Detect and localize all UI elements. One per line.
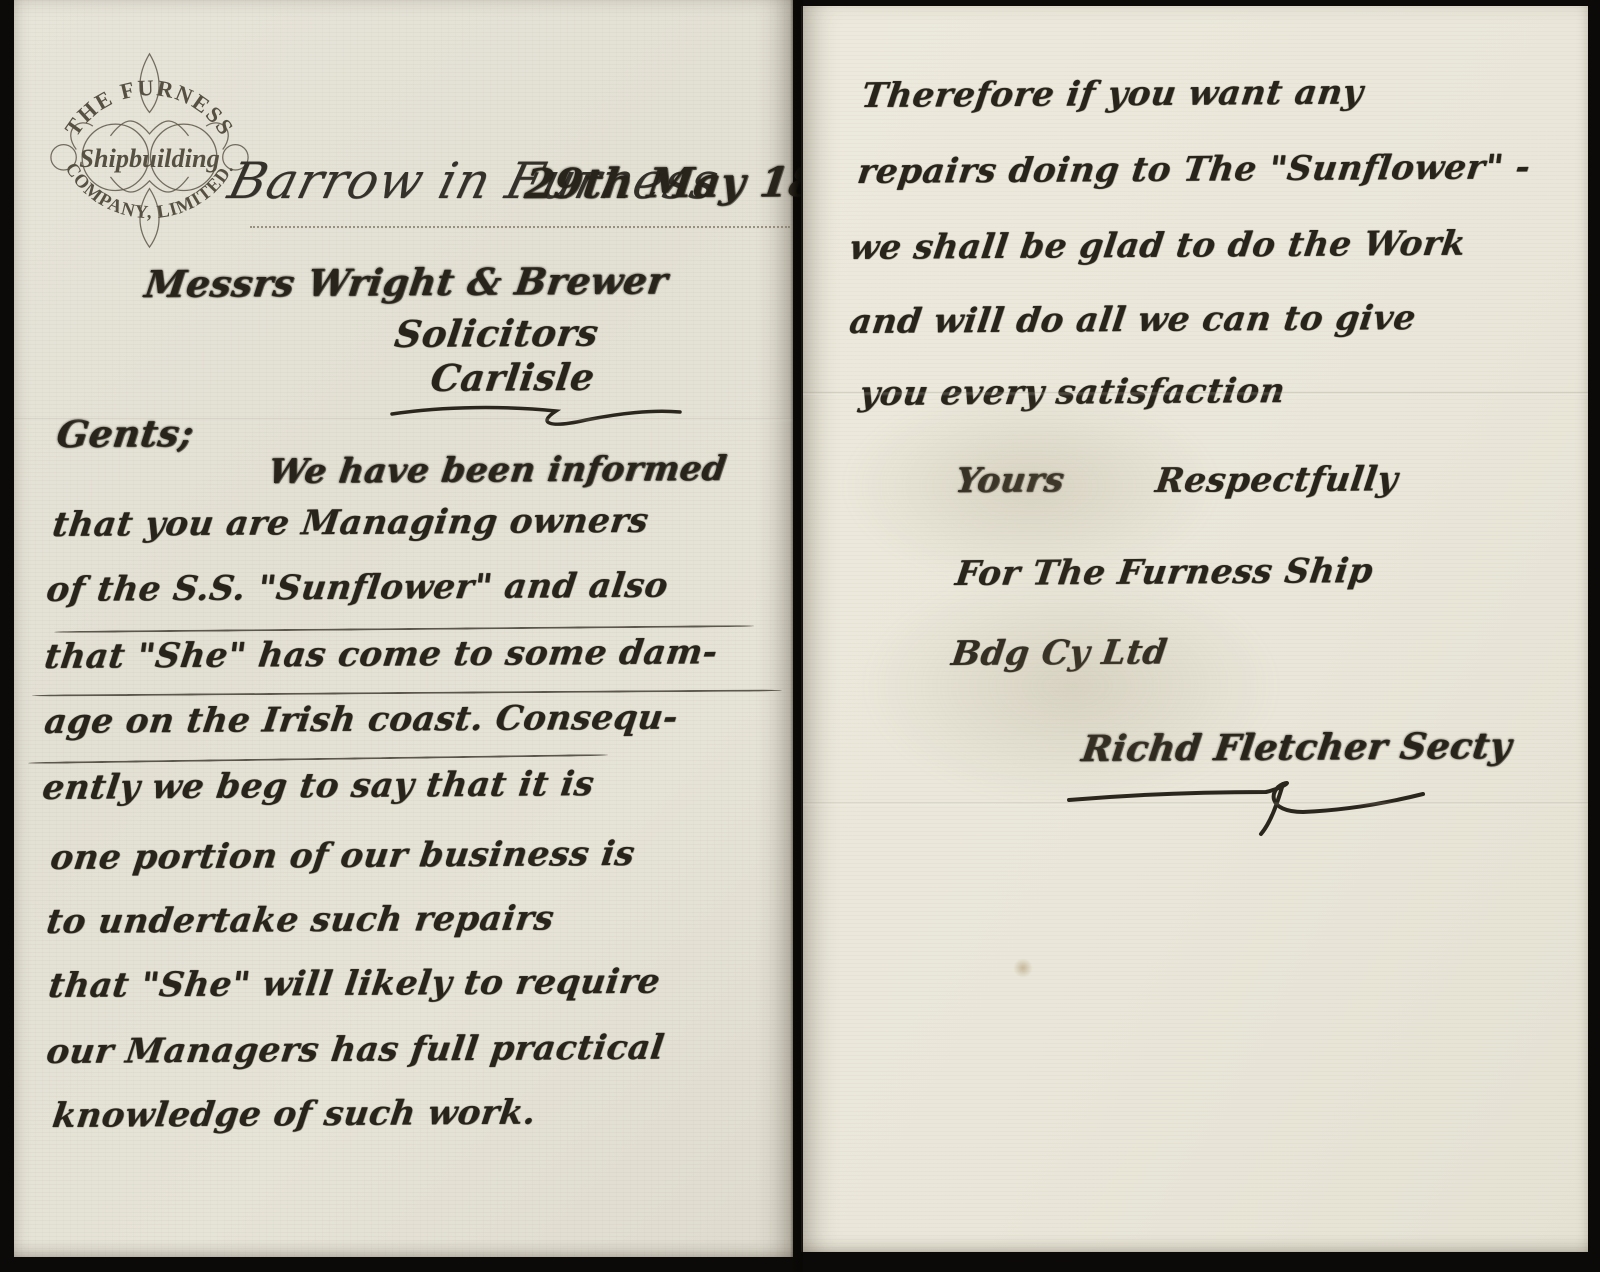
letterhead-arc-top-text: THE FURNESS bbox=[60, 75, 239, 140]
page-fold-shadow bbox=[790, 0, 803, 1272]
body-line: and will do all we can to give bbox=[847, 298, 1418, 342]
body-line: that "She" will likely to require bbox=[46, 962, 663, 1006]
company-closing-line1: For The Furness Ship bbox=[953, 551, 1376, 594]
valediction-yours: Yours bbox=[953, 460, 1067, 501]
body-line: that you are Managing owners bbox=[50, 501, 651, 545]
salutation: Gents; bbox=[54, 411, 197, 456]
signature: Richd Fletcher Secty bbox=[1079, 725, 1514, 770]
company-letterhead-emblem: THE FURNESS Shipbuilding COMPANY, LIMITE… bbox=[42, 48, 257, 253]
company-closing-line2: Bdg Cy Ltd bbox=[949, 632, 1170, 674]
body-line: our Managers has full practical bbox=[44, 1028, 667, 1072]
body-line: Therefore if you want any bbox=[859, 73, 1366, 116]
body-line: of the S.S. "Sunflower" and also bbox=[44, 566, 671, 610]
body-line: you every satisfaction bbox=[857, 371, 1288, 414]
scanned-letter: THE FURNESS Shipbuilding COMPANY, LIMITE… bbox=[0, 0, 1600, 1272]
recipient-underline-flourish bbox=[386, 398, 686, 432]
recipient-title: Solicitors bbox=[392, 311, 601, 356]
date-rule bbox=[250, 226, 790, 228]
body-line: to undertake such repairs bbox=[44, 898, 557, 942]
body-line: we shall be glad to do the Work bbox=[847, 224, 1468, 268]
ink-bleedthrough bbox=[861, 566, 1281, 806]
ink-underline bbox=[32, 689, 782, 696]
letter-page-2: Therefore if you want any repairs doing … bbox=[801, 6, 1588, 1252]
valediction-respectfully: Respectfully bbox=[1153, 459, 1400, 501]
body-line: one portion of our business is bbox=[48, 834, 637, 878]
body-line: age on the Irish coast. Consequ- bbox=[42, 698, 681, 742]
body-line: ently we beg to say that it is bbox=[40, 764, 597, 808]
letterhead-center-text: Shipbuilding bbox=[79, 144, 220, 173]
recipient-name: Messrs Wright & Brewer bbox=[142, 258, 670, 306]
paper-stain bbox=[1013, 958, 1033, 978]
recipient-city: Carlisle bbox=[428, 355, 598, 400]
body-opening-line: We have been informed bbox=[266, 449, 729, 492]
ink-underline bbox=[28, 754, 608, 764]
signature-flourish bbox=[1061, 778, 1441, 838]
body-line: that "She" has come to some dam- bbox=[42, 632, 720, 677]
body-line: knowledge of such work. bbox=[50, 1093, 539, 1136]
letter-page-1: THE FURNESS Shipbuilding COMPANY, LIMITE… bbox=[14, 0, 793, 1257]
body-line: repairs doing to The "Sunflower" - bbox=[855, 147, 1533, 192]
svg-text:THE FURNESS: THE FURNESS bbox=[60, 75, 239, 140]
